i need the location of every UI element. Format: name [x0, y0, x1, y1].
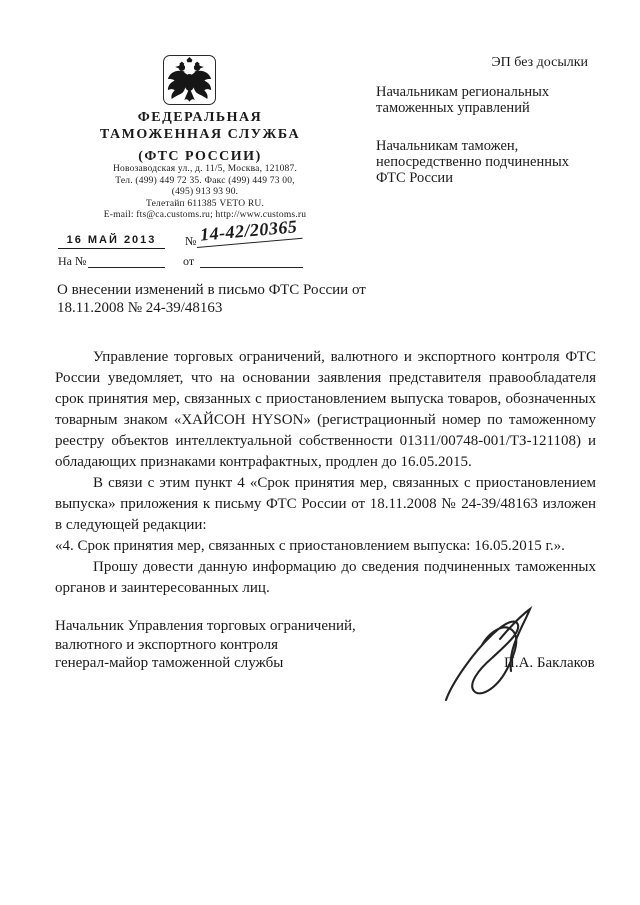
address-line: Тел. (499) 449 72 35. Факс (499) 449 73 …: [45, 176, 365, 188]
body-paragraph-2: В связи с этим пункт 4 «Срок принятия ме…: [55, 473, 596, 536]
recipient-group-1: Начальникам региональных таможенных упра…: [376, 85, 591, 117]
number-sign-label: №: [185, 234, 196, 249]
signer-title-block: Начальник Управления торговых ограничени…: [55, 617, 400, 673]
delivery-method-note: ЭП без досылки: [430, 55, 588, 71]
body-paragraph-1: Управление торговых ограничений, валютно…: [55, 347, 596, 473]
address-line: Телетайп 611385 VETO RU.: [45, 199, 365, 211]
recipient-group-2: Начальникам таможен, непосредственно под…: [376, 139, 591, 186]
signer-title-line: Начальник Управления торговых ограничени…: [55, 617, 400, 636]
address-line: Новозаводская ул., д. 11/5, Москва, 1210…: [45, 164, 365, 176]
letter-body: Управление торговых ограничений, валютно…: [55, 347, 596, 599]
body-paragraph-4: Прошу довести данную информацию до сведе…: [55, 557, 596, 599]
address-line: E-mail: fts@ca.customs.ru; http://www.cu…: [45, 210, 365, 222]
org-line-2: ТАМОЖЕННАЯ СЛУЖБА: [40, 126, 360, 143]
letterhead-address: Новозаводская ул., д. 11/5, Москва, 1210…: [45, 164, 365, 222]
org-line-1: ФЕДЕРАЛЬНАЯ: [40, 109, 360, 126]
org-line-3: (ФТС РОССИИ): [40, 148, 360, 165]
reply-number-blank-line: [88, 267, 165, 268]
letterhead-org-name: ФЕДЕРАЛЬНАЯ ТАМОЖЕННАЯ СЛУЖБА (ФТС РОССИ…: [40, 109, 360, 165]
subject-line: О внесении изменений в письмо ФТС России…: [57, 282, 372, 317]
signer-title-line: валютного и экспортного контроля: [55, 636, 400, 655]
body-paragraph-3: «4. Срок принятия мер, связанных с приос…: [55, 536, 596, 557]
reply-date-blank-line: [200, 267, 303, 268]
russian-coat-of-arms-icon: [163, 55, 216, 105]
date-stamp: 16 МАЙ 2013: [58, 231, 165, 249]
reply-to-label: На №: [58, 254, 86, 269]
reply-from-label: от: [183, 254, 194, 269]
document-page: ФЕДЕРАЛЬНАЯ ТАМОЖЕННАЯ СЛУЖБА (ФТС РОССИ…: [0, 0, 640, 905]
address-line: (495) 913 93 90.: [45, 187, 365, 199]
signer-name: П.А. Баклаков: [504, 655, 634, 672]
signer-title-line: генерал-майор таможенной службы: [55, 654, 400, 673]
